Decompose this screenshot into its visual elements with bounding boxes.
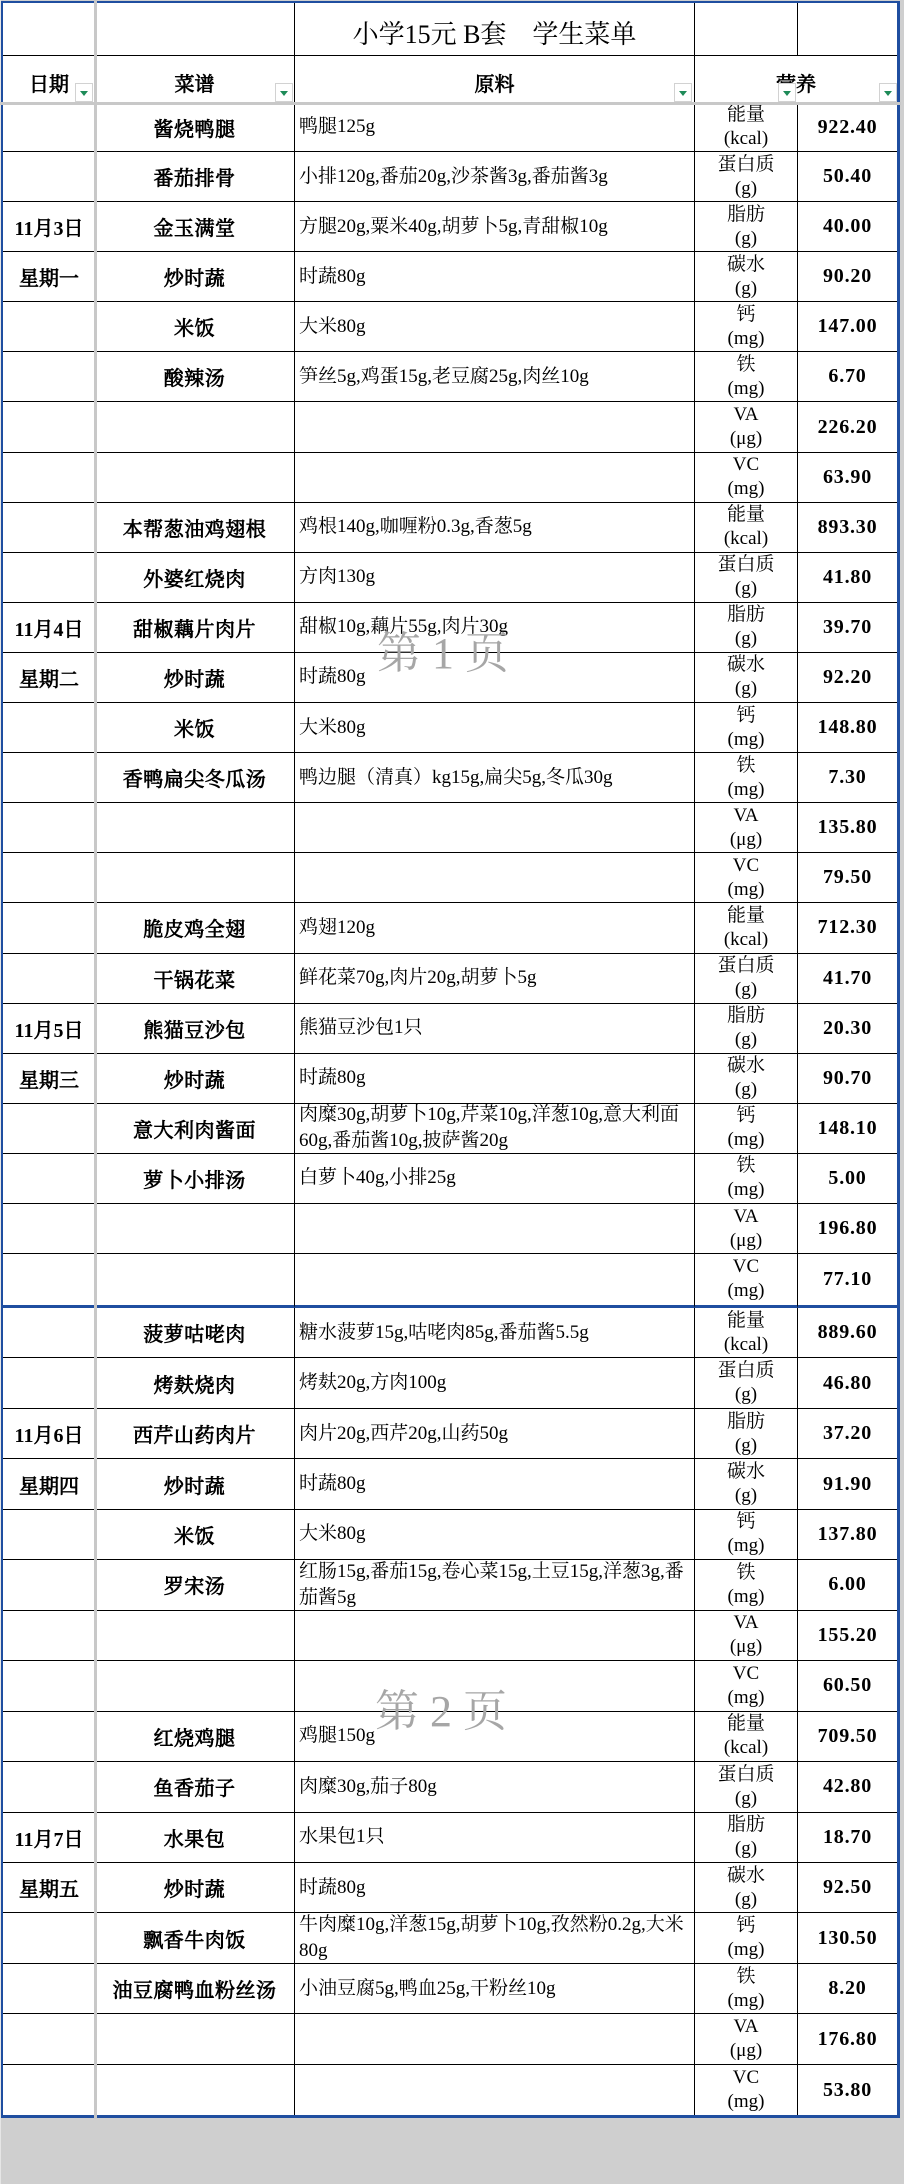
nutrient-value-cell[interactable]: 42.80 [798, 1762, 897, 1812]
nutrient-value-cell[interactable]: 63.90 [798, 453, 897, 503]
nutrient-name: VC [733, 2066, 759, 2090]
nutrient-value-cell[interactable]: 196.80 [798, 1204, 897, 1254]
nutrient-label-cell[interactable]: 脂肪(g) [695, 202, 798, 252]
nutrient-name: 钙 [736, 303, 755, 327]
nutrient-label-cell[interactable]: VA(μg) [695, 1204, 798, 1254]
nutrient-label-cell[interactable]: 蛋白质(g) [695, 954, 798, 1004]
nutrient-unit: (g) [735, 577, 757, 601]
nutrient-value-cell[interactable]: 889.60 [798, 1308, 897, 1358]
ingredients-cell[interactable]: 方腿20g,粟米40g,胡萝卜5g,青甜椒10g [295, 202, 695, 252]
title-row-cell[interactable] [95, 3, 295, 56]
nutrient-name: 碳水 [727, 653, 765, 677]
spreadsheet-page: 小学15元 B套 学生菜单 日期 菜谱 原料 营养 [1, 1, 900, 2118]
header-nutrition[interactable]: 营养 [695, 56, 897, 103]
dish-name-cell[interactable]: 飘香牛肉饭 [95, 1913, 295, 1963]
nutrient-name: 能量 [727, 904, 765, 928]
nutrient-label-cell[interactable]: 蛋白质(g) [695, 1762, 798, 1812]
nutrient-name: 能量 [727, 503, 765, 527]
nutrient-value-cell[interactable]: 37.20 [798, 1409, 897, 1459]
nutrient-name: 碳水 [727, 1054, 765, 1078]
ingredients-cell[interactable]: 肉糜30g,胡萝卜10g,芹菜10g,洋葱10g,意大利面60g,番茄酱10g,… [295, 1104, 695, 1154]
nutrient-value-cell[interactable]: 137.80 [798, 1510, 897, 1560]
nutrient-name: 脂肪 [727, 1410, 765, 1434]
empty-cell[interactable] [295, 2065, 695, 2115]
nutrient-value-cell[interactable]: 176.80 [798, 2014, 897, 2064]
nutrient-unit: (g) [735, 978, 757, 1002]
nutrient-label-cell[interactable]: VC(mg) [695, 1254, 798, 1308]
nutrient-label-cell[interactable]: VA(μg) [695, 2014, 798, 2064]
nutrient-unit: (g) [735, 1888, 757, 1912]
nutrient-value-cell[interactable]: 20.30 [798, 1004, 897, 1054]
empty-cell[interactable] [3, 1560, 95, 1610]
nutrient-name: 碳水 [727, 1864, 765, 1888]
empty-cell[interactable] [3, 1104, 95, 1154]
nutrient-name: VA [734, 1205, 759, 1229]
nutrient-label-cell[interactable]: 能量(kcal) [695, 1712, 798, 1762]
nutrient-name: 钙 [736, 1510, 755, 1534]
title-row-cell[interactable] [798, 3, 897, 56]
nutrient-label-cell[interactable]: 碳水(g) [695, 252, 798, 302]
filter-arrow-icon [280, 91, 288, 96]
nutrient-unit: (g) [735, 1078, 757, 1102]
empty-cell[interactable] [95, 1254, 295, 1308]
nutrient-value-cell[interactable]: 90.20 [798, 252, 897, 302]
empty-cell[interactable] [3, 152, 95, 202]
nutrient-unit: (kcal) [724, 928, 768, 952]
filter-dropdown-button-nutrient[interactable] [778, 83, 796, 102]
empty-cell[interactable] [3, 1154, 95, 1204]
empty-cell[interactable] [3, 1712, 95, 1762]
nutrient-label-cell[interactable]: 能量(kcal) [695, 103, 798, 152]
empty-cell[interactable] [3, 1204, 95, 1254]
dish-name-cell[interactable]: 本帮葱油鸡翅根 [95, 503, 295, 553]
nutrient-label-cell[interactable]: 能量(kcal) [695, 903, 798, 953]
nutrient-unit: (mg) [728, 1989, 765, 2013]
nutrient-name: 蛋白质 [717, 1359, 774, 1383]
empty-cell[interactable] [3, 1762, 95, 1812]
nutrient-unit: (g) [735, 627, 757, 651]
empty-cell[interactable] [95, 1204, 295, 1254]
nutrient-unit: (g) [735, 277, 757, 301]
ingredients-cell[interactable]: 牛肉糜10g,洋葱15g,胡萝卜10g,孜然粉0.2g,大米80g [295, 1913, 695, 1963]
nutrient-unit: (μg) [730, 427, 762, 451]
ingredients-cell[interactable]: 肉片20g,西芹20g,山药50g [295, 1409, 695, 1459]
nutrient-value-cell[interactable]: 147.00 [798, 302, 897, 352]
header-ingredients-label: 原料 [475, 68, 515, 97]
header-ingredients[interactable]: 原料 [295, 56, 695, 103]
empty-cell[interactable] [3, 853, 95, 903]
nutrient-name: 碳水 [727, 1460, 765, 1484]
empty-cell[interactable] [3, 352, 95, 402]
nutrient-unit: (kcal) [724, 527, 768, 551]
nutrient-unit: (mg) [728, 327, 765, 351]
nutrient-name: VC [733, 1255, 759, 1279]
empty-cell[interactable] [3, 2065, 95, 2115]
dish-name-cell[interactable]: 西芹山药肉片 [95, 1409, 295, 1459]
ingredients-cell[interactable]: 甜椒10g,藕片55g,肉片30g [295, 603, 695, 653]
nutrient-label-cell[interactable]: VC(mg) [695, 1661, 798, 1711]
empty-cell[interactable] [95, 1661, 295, 1711]
nutrient-value-cell[interactable]: 8.20 [798, 1964, 897, 2014]
nutrient-name: 脂肪 [727, 203, 765, 227]
nutrient-unit: (mg) [728, 377, 765, 401]
freeze-pane-horizontal-line[interactable] [0, 102, 901, 105]
nutrient-unit: (μg) [730, 1635, 762, 1659]
nutrient-unit: (g) [735, 1787, 757, 1811]
nutrient-value-cell[interactable]: 53.80 [798, 2065, 897, 2115]
nutrient-label-cell[interactable]: 钙(mg) [695, 302, 798, 352]
nutrient-label-cell[interactable]: 钙(mg) [695, 703, 798, 753]
nutrient-label-cell[interactable]: 钙(mg) [695, 1510, 798, 1560]
nutrient-label-cell[interactable]: 蛋白质(g) [695, 553, 798, 603]
filter-arrow-icon [783, 91, 791, 96]
empty-cell[interactable] [3, 1358, 95, 1408]
empty-cell[interactable] [3, 1661, 95, 1711]
empty-cell[interactable] [3, 954, 95, 1004]
ingredients-cell[interactable]: 时蔬80g [295, 252, 695, 302]
empty-cell[interactable] [295, 1611, 695, 1661]
menu-table: 小学15元 B套 学生菜单 日期 菜谱 原料 营养 [3, 3, 897, 2115]
nutrient-value-cell[interactable]: 893.30 [798, 503, 897, 553]
empty-cell[interactable] [295, 402, 695, 452]
empty-cell[interactable] [295, 2014, 695, 2064]
empty-cell[interactable] [95, 803, 295, 853]
nutrient-unit: (g) [735, 1028, 757, 1052]
nutrient-name: 蛋白质 [717, 954, 774, 978]
empty-cell[interactable] [295, 1204, 695, 1254]
nutrient-label-cell[interactable]: 铁(mg) [695, 753, 798, 803]
dish-name-cell[interactable]: 萝卜小排汤 [95, 1154, 295, 1204]
nutrient-value-cell[interactable]: 50.40 [798, 152, 897, 202]
dish-name-cell[interactable]: 酱烧鸭腿 [95, 103, 295, 152]
nutrient-label-cell[interactable]: 脂肪(g) [695, 1813, 798, 1863]
nutrient-name: VA [734, 1611, 759, 1635]
nutrient-name: 能量 [727, 1309, 765, 1333]
dish-name-cell[interactable]: 香鸭扁尖冬瓜汤 [95, 753, 295, 803]
empty-cell[interactable] [3, 453, 95, 503]
dish-name-cell[interactable]: 脆皮鸡全翅 [95, 903, 295, 953]
nutrient-unit: (g) [735, 1383, 757, 1407]
nutrient-unit: (g) [735, 677, 757, 701]
empty-cell[interactable] [95, 1611, 295, 1661]
ingredients-cell[interactable]: 鸡腿150g [295, 1712, 695, 1762]
nutrient-label-cell[interactable]: 铁(mg) [695, 1154, 798, 1204]
dish-name-cell[interactable]: 熊猫豆沙包 [95, 1004, 295, 1054]
empty-cell[interactable] [3, 103, 95, 152]
dish-name-cell[interactable]: 酸辣汤 [95, 352, 295, 402]
nutrient-value-cell[interactable]: 46.80 [798, 1358, 897, 1408]
date-cell[interactable]: 11月4日 [3, 603, 95, 653]
nutrient-unit: (mg) [728, 878, 765, 902]
date-cell[interactable]: 11月6日 [3, 1409, 95, 1459]
ingredients-cell[interactable]: 小排120g,番茄20g,沙茶酱3g,番茄酱3g [295, 152, 695, 202]
empty-cell[interactable] [295, 803, 695, 853]
ingredients-cell[interactable]: 鸭边腿（清真）kg15g,扁尖5g,冬瓜30g [295, 753, 695, 803]
nutrient-label-cell[interactable]: 脂肪(g) [695, 603, 798, 653]
dish-name-cell[interactable]: 米饭 [95, 703, 295, 753]
filter-dropdown-button-ingredients[interactable] [674, 83, 692, 102]
nutrient-label-cell[interactable]: 铁(mg) [695, 352, 798, 402]
nutrient-name: 钙 [736, 1104, 755, 1128]
dish-name-cell[interactable]: 罗宋汤 [95, 1560, 295, 1610]
nutrient-label-cell[interactable]: VA(μg) [695, 402, 798, 452]
filter-dropdown-button-date[interactable] [75, 83, 93, 102]
nutrient-value-cell[interactable]: 155.20 [798, 1611, 897, 1661]
dish-name-cell[interactable]: 红烧鸡腿 [95, 1712, 295, 1762]
nutrient-name: 铁 [736, 754, 755, 778]
ingredients-cell[interactable]: 大米80g [295, 1510, 695, 1560]
freeze-pane-vertical-line[interactable] [94, 0, 97, 2119]
ingredients-cell[interactable]: 小油豆腐5g,鸭血25g,干粉丝10g [295, 1964, 695, 2014]
header-date-label: 日期 [29, 68, 69, 97]
weekday-cell[interactable]: 星期四 [3, 1459, 95, 1509]
dish-name-cell[interactable]: 外婆红烧肉 [95, 553, 295, 603]
nutrient-value-cell[interactable]: 7.30 [798, 753, 897, 803]
nutrient-name: VC [733, 1662, 759, 1686]
nutrient-label-cell[interactable]: 能量(kcal) [695, 503, 798, 553]
nutrient-value-cell[interactable]: 6.70 [798, 352, 897, 402]
empty-cell[interactable] [295, 453, 695, 503]
nutrient-value-cell[interactable]: 92.20 [798, 653, 897, 703]
nutrient-unit: (mg) [728, 1128, 765, 1152]
dish-name-cell[interactable]: 菠萝咕咾肉 [95, 1308, 295, 1358]
nutrient-value-cell[interactable]: 135.80 [798, 803, 897, 853]
nutrient-value-cell[interactable]: 148.10 [798, 1104, 897, 1154]
nutrient-value-cell[interactable]: 922.40 [798, 103, 897, 152]
nutrient-value-cell[interactable]: 226.20 [798, 402, 897, 452]
nutrient-name: VA [734, 403, 759, 427]
empty-cell[interactable] [3, 1510, 95, 1560]
nutrient-name: 脂肪 [727, 603, 765, 627]
dish-name-cell[interactable]: 水果包 [95, 1813, 295, 1863]
weekday-cell[interactable]: 星期一 [3, 252, 95, 302]
ingredients-cell[interactable]: 时蔬80g [295, 1863, 695, 1913]
nutrient-unit: (μg) [730, 1229, 762, 1253]
nutrient-name: 能量 [727, 103, 765, 127]
nutrient-value-cell[interactable]: 130.50 [798, 1913, 897, 1963]
ingredients-cell[interactable]: 大米80g [295, 703, 695, 753]
nutrient-unit: (g) [735, 1837, 757, 1861]
dish-name-cell[interactable]: 干锅花菜 [95, 954, 295, 1004]
title-row-cell[interactable] [695, 3, 798, 56]
nutrient-name: VC [733, 453, 759, 477]
nutrient-name: 脂肪 [727, 1004, 765, 1028]
nutrient-value-cell[interactable]: 41.70 [798, 954, 897, 1004]
nutrient-label-cell[interactable]: VC(mg) [695, 453, 798, 503]
nutrient-unit: (mg) [728, 1279, 765, 1303]
ingredients-cell[interactable]: 鸡翅120g [295, 903, 695, 953]
nutrient-label-cell[interactable]: 蛋白质(g) [695, 152, 798, 202]
nutrient-name: 碳水 [727, 253, 765, 277]
nutrient-label-cell[interactable]: VA(μg) [695, 803, 798, 853]
nutrient-name: 蛋白质 [717, 153, 774, 177]
nutrient-label-cell[interactable]: 铁(mg) [695, 1560, 798, 1610]
nutrient-name: VA [734, 2015, 759, 2039]
empty-cell[interactable] [3, 903, 95, 953]
empty-cell[interactable] [3, 1913, 95, 1963]
empty-cell[interactable] [95, 2065, 295, 2115]
title-row-cell[interactable] [3, 3, 95, 56]
nutrient-value-cell[interactable]: 90.70 [798, 1054, 897, 1104]
nutrient-name: 铁 [736, 1154, 755, 1178]
ingredients-cell[interactable]: 水果包1只 [295, 1813, 695, 1863]
ingredients-cell[interactable]: 时蔬80g [295, 1054, 695, 1104]
nutrient-value-cell[interactable]: 41.80 [798, 553, 897, 603]
empty-cell[interactable] [3, 1308, 95, 1358]
filter-arrow-icon [884, 91, 892, 96]
dish-name-cell[interactable]: 油豆腐鸭血粉丝汤 [95, 1964, 295, 2014]
nutrient-value-cell[interactable]: 709.50 [798, 1712, 897, 1762]
ingredients-cell[interactable]: 时蔬80g [295, 653, 695, 703]
empty-cell[interactable] [3, 402, 95, 452]
empty-cell[interactable] [3, 753, 95, 803]
empty-cell[interactable] [95, 402, 295, 452]
nutrient-value-cell[interactable]: 5.00 [798, 1154, 897, 1204]
nutrient-label-cell[interactable]: 脂肪(g) [695, 1409, 798, 1459]
nutrient-unit: (mg) [728, 477, 765, 501]
nutrient-label-cell[interactable]: 钙(mg) [695, 1104, 798, 1154]
empty-cell[interactable] [3, 503, 95, 553]
nutrient-name: VC [733, 854, 759, 878]
empty-cell[interactable] [295, 1254, 695, 1308]
nutrient-value-cell[interactable]: 92.50 [798, 1863, 897, 1913]
ingredients-cell[interactable]: 红肠15g,番茄15g,卷心菜15g,土豆15g,洋葱3g,番茄酱5g [295, 1560, 695, 1610]
nutrient-label-cell[interactable]: 能量(kcal) [695, 1308, 798, 1358]
nutrient-value-cell[interactable]: 60.50 [798, 1661, 897, 1711]
empty-cell[interactable] [295, 1661, 695, 1711]
sheet-title[interactable]: 小学15元 B套 学生菜单 [295, 3, 695, 56]
dish-name-cell[interactable]: 炒时蔬 [95, 1863, 295, 1913]
empty-cell[interactable] [95, 853, 295, 903]
ingredients-cell[interactable]: 鸡根140g,咖喱粉0.3g,香葱5g [295, 503, 695, 553]
dish-name-cell[interactable]: 炒时蔬 [95, 1459, 295, 1509]
ingredients-cell[interactable]: 白萝卜40g,小排25g [295, 1154, 695, 1204]
nutrient-unit: (mg) [728, 2090, 765, 2114]
empty-cell[interactable] [95, 453, 295, 503]
dish-name-cell[interactable]: 烤麸烧肉 [95, 1358, 295, 1408]
header-dish[interactable]: 菜谱 [95, 56, 295, 103]
nutrient-unit: (kcal) [724, 1333, 768, 1357]
nutrient-label-cell[interactable]: 铁(mg) [695, 1964, 798, 2014]
nutrient-name: 脂肪 [727, 1813, 765, 1837]
nutrient-unit: (kcal) [724, 1736, 768, 1760]
filter-dropdown-button-dish[interactable] [275, 83, 293, 102]
nutrient-name: 铁 [736, 353, 755, 377]
nutrient-name: 蛋白质 [717, 1763, 774, 1787]
ingredients-cell[interactable]: 笋丝5g,鸡蛋15g,老豆腐25g,肉丝10g [295, 352, 695, 402]
nutrient-unit: (kcal) [724, 127, 768, 151]
filter-arrow-icon [80, 91, 88, 96]
nutrient-value-cell[interactable]: 6.00 [798, 1560, 897, 1610]
dish-name-cell[interactable]: 金玉满堂 [95, 202, 295, 252]
nutrient-unit: (g) [735, 227, 757, 251]
nutrient-name: 铁 [736, 1561, 755, 1585]
nutrient-label-cell[interactable]: 蛋白质(g) [695, 1358, 798, 1408]
ingredients-cell[interactable]: 糖水菠萝15g,咕咾肉85g,番茄酱5.5g [295, 1308, 695, 1358]
nutrient-label-cell[interactable]: 脂肪(g) [695, 1004, 798, 1054]
ingredients-cell[interactable]: 方肉130g [295, 553, 695, 603]
empty-cell[interactable] [3, 2014, 95, 2064]
empty-cell[interactable] [3, 1964, 95, 2014]
nutrient-unit: (g) [735, 1484, 757, 1508]
ingredients-cell[interactable]: 烤麸20g,方肉100g [295, 1358, 695, 1408]
weekday-cell[interactable]: 星期二 [3, 653, 95, 703]
empty-cell[interactable] [3, 1611, 95, 1661]
weekday-cell[interactable]: 星期三 [3, 1054, 95, 1104]
nutrient-unit: (mg) [728, 1585, 765, 1609]
dish-name-cell[interactable]: 意大利肉酱面 [95, 1104, 295, 1154]
empty-cell[interactable] [3, 803, 95, 853]
date-cell[interactable]: 11月5日 [3, 1004, 95, 1054]
nutrient-label-cell[interactable]: VC(mg) [695, 853, 798, 903]
ingredients-cell[interactable]: 时蔬80g [295, 1459, 695, 1509]
nutrient-unit: (mg) [728, 1534, 765, 1558]
date-cell[interactable]: 11月7日 [3, 1813, 95, 1863]
date-cell[interactable]: 11月3日 [3, 202, 95, 252]
empty-cell[interactable] [3, 703, 95, 753]
header-date[interactable]: 日期 [3, 56, 95, 103]
nutrient-value-cell[interactable]: 712.30 [798, 903, 897, 953]
nutrient-label-cell[interactable]: 碳水(g) [695, 1054, 798, 1104]
ingredients-cell[interactable]: 肉糜30g,茄子80g [295, 1762, 695, 1812]
weekday-cell[interactable]: 星期五 [3, 1863, 95, 1913]
ingredients-cell[interactable]: 熊猫豆沙包1只 [295, 1004, 695, 1054]
dish-name-cell[interactable]: 番茄排骨 [95, 152, 295, 202]
nutrient-value-cell[interactable]: 79.50 [798, 853, 897, 903]
nutrient-value-cell[interactable]: 39.70 [798, 603, 897, 653]
dish-name-cell[interactable]: 甜椒藕片肉片 [95, 603, 295, 653]
nutrient-label-cell[interactable]: 钙(mg) [695, 1913, 798, 1963]
nutrient-value-cell[interactable]: 18.70 [798, 1813, 897, 1863]
filter-dropdown-button-value[interactable] [879, 83, 897, 102]
nutrient-label-cell[interactable]: 碳水(g) [695, 1459, 798, 1509]
empty-cell[interactable] [3, 1254, 95, 1308]
ingredients-cell[interactable]: 鲜花菜70g,肉片20g,胡萝卜5g [295, 954, 695, 1004]
empty-cell[interactable] [95, 2014, 295, 2064]
nutrient-name: VA [734, 804, 759, 828]
dish-name-cell[interactable]: 炒时蔬 [95, 1054, 295, 1104]
empty-cell[interactable] [3, 553, 95, 603]
dish-name-cell[interactable]: 炒时蔬 [95, 653, 295, 703]
nutrient-label-cell[interactable]: VA(μg) [695, 1611, 798, 1661]
nutrient-label-cell[interactable]: 碳水(g) [695, 1863, 798, 1913]
nutrient-unit: (mg) [728, 1938, 765, 1962]
nutrient-unit: (mg) [728, 1178, 765, 1202]
ingredients-cell[interactable]: 大米80g [295, 302, 695, 352]
dish-name-cell[interactable]: 炒时蔬 [95, 252, 295, 302]
nutrient-value-cell[interactable]: 40.00 [798, 202, 897, 252]
nutrient-name: 铁 [736, 1965, 755, 1989]
nutrient-label-cell[interactable]: VC(mg) [695, 2065, 798, 2115]
nutrient-value-cell[interactable]: 91.90 [798, 1459, 897, 1509]
ingredients-cell[interactable]: 鸭腿125g [295, 103, 695, 152]
nutrient-unit: (mg) [728, 778, 765, 802]
nutrient-unit: (μg) [730, 828, 762, 852]
dish-name-cell[interactable]: 鱼香茄子 [95, 1762, 295, 1812]
nutrient-label-cell[interactable]: 碳水(g) [695, 653, 798, 703]
dish-name-cell[interactable]: 米饭 [95, 302, 295, 352]
empty-cell[interactable] [295, 853, 695, 903]
nutrient-unit: (g) [735, 1434, 757, 1458]
nutrient-name: 钙 [736, 704, 755, 728]
empty-cell[interactable] [3, 302, 95, 352]
nutrient-name: 蛋白质 [717, 553, 774, 577]
nutrient-value-cell[interactable]: 148.80 [798, 703, 897, 753]
dish-name-cell[interactable]: 米饭 [95, 1510, 295, 1560]
nutrient-unit: (mg) [728, 1686, 765, 1710]
nutrient-value-cell[interactable]: 77.10 [798, 1254, 897, 1308]
header-dish-label: 菜谱 [175, 68, 215, 97]
